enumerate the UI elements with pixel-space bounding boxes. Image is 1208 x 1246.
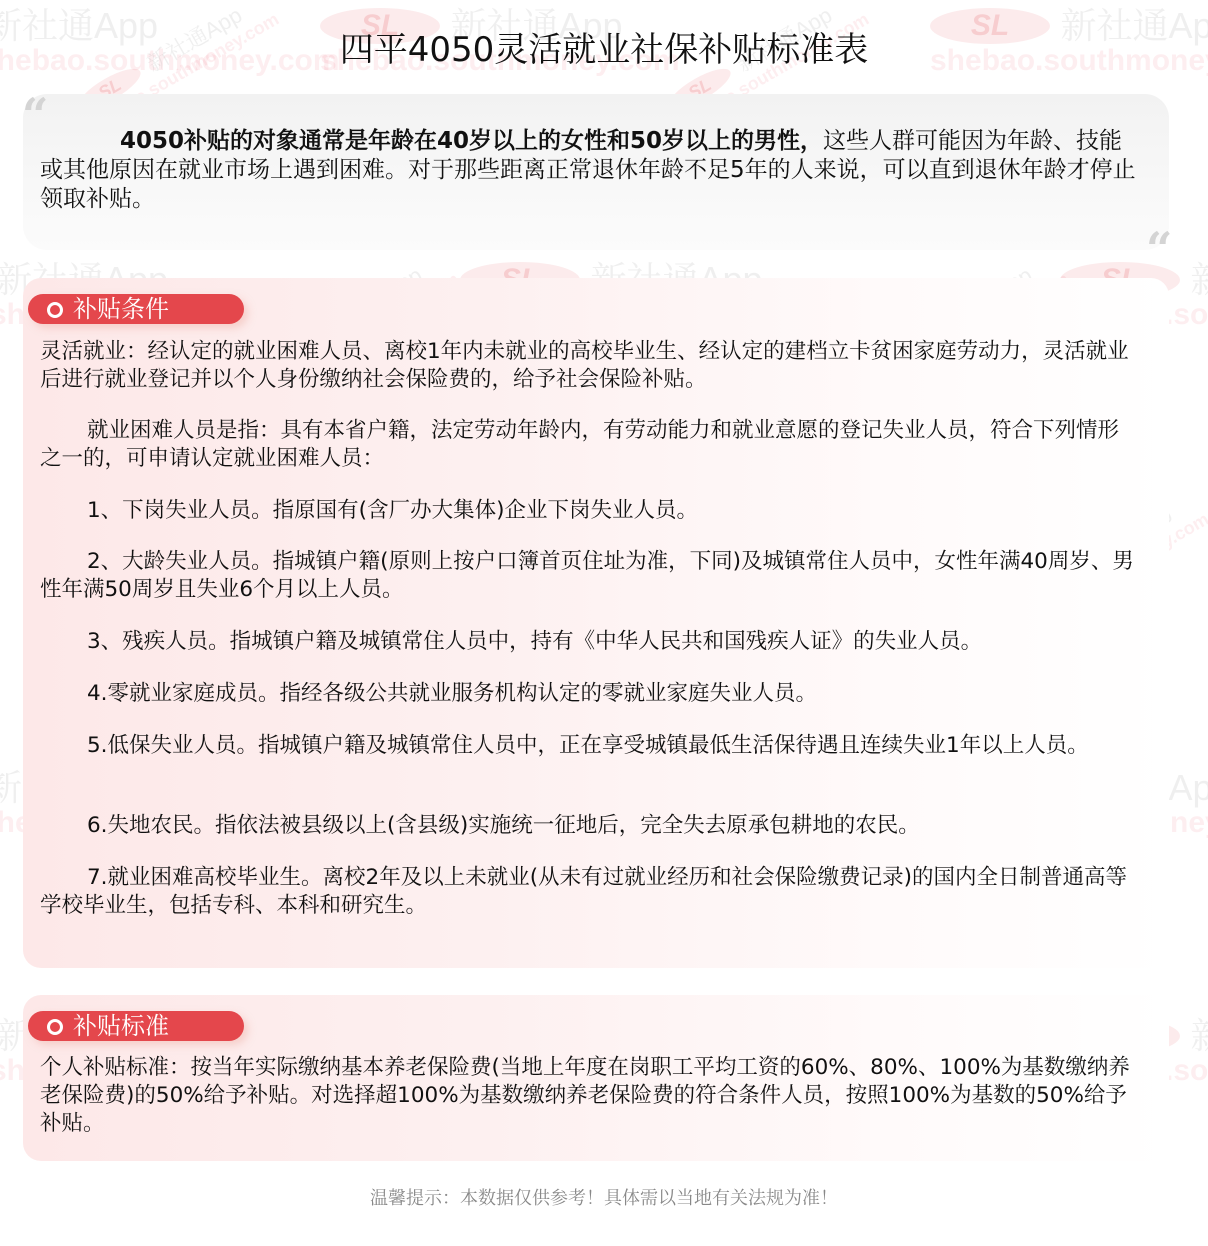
list-item: 3、残疾人员。指城镇户籍及城镇常住人员中，持有《中华人民共和国残疾人证》的失业人…: [40, 628, 1140, 656]
paragraph: 灵活就业：经认定的就业困难人员、离校1年内未就业的高校毕业生、经认定的建档立卡贫…: [40, 338, 1140, 394]
footer-disclaimer: 温馨提示：本数据仅供参考！具体需以当地有关法规为准！: [0, 1184, 1208, 1210]
paragraph: 个人补贴标准：按当年实际缴纳基本养老保险费(当地上年度在岗职工平均工资的60%、…: [40, 1054, 1140, 1138]
section-heading-label: 补贴条件: [73, 294, 169, 324]
section-heading-label: 补贴标准: [73, 1011, 169, 1041]
list-item: 2、大龄失业人员。指城镇户籍(原则上按户口簿首页住址为准，下同)及城镇常住人员中…: [40, 548, 1140, 604]
quote-close-icon: “: [1146, 226, 1172, 272]
watermark-brand: 新社通App: [1190, 259, 1208, 300]
list-item: 5.低保失业人员。指城镇户籍及城镇常住人员中，正在享受城镇最低生活保待遇且连续失…: [40, 732, 1140, 760]
circle-bullet-icon: [47, 1019, 63, 1035]
intro-bold-text: 4050补贴的对象通常是年龄在40岁以上的女性和50岁以上的男性，: [120, 128, 823, 154]
circle-bullet-icon: [47, 302, 63, 318]
intro-paragraph: 4050补贴的对象通常是年龄在40岁以上的女性和50岁以上的男性，这些人群可能因…: [40, 127, 1140, 214]
section-heading-standard: 补贴标准: [28, 1011, 244, 1041]
list-item: 1、下岗失业人员。指原国有(含厂办大集体)企业下岗失业人员。: [40, 497, 1140, 525]
list-item: 4.零就业家庭成员。指经各级公共就业服务机构认定的零就业家庭失业人员。: [40, 680, 1140, 708]
paragraph: 就业困难人员是指：具有本省户籍，法定劳动年龄内，有劳动能力和就业意愿的登记失业人…: [40, 417, 1140, 473]
list-item: 6.失地农民。指依法被县级以上(含县级)实施统一征地后，完全失去原承包耕地的农民…: [40, 812, 1140, 840]
section-heading-conditions: 补贴条件: [28, 294, 244, 324]
watermark-brand: 新社通App: [1190, 1015, 1208, 1056]
list-item: 7.就业困难高校毕业生。离校2年及以上未就业(从未有过就业经历和社会保险缴费记录…: [40, 864, 1140, 920]
page-title: 四平4050灵活就业社保补贴标准表: [0, 22, 1208, 71]
